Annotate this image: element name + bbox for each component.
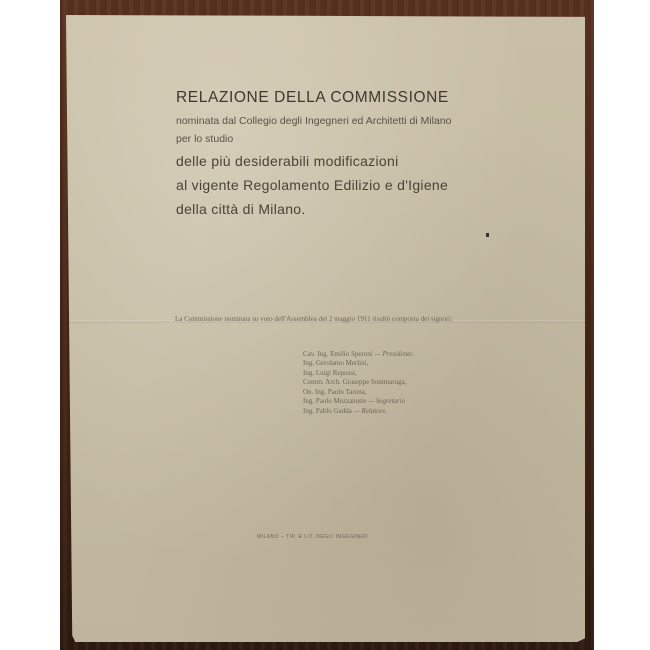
- member-name: Cav. Ing. Emilio Speroni: [303, 350, 373, 358]
- member-role: — Presidente.: [373, 350, 414, 358]
- member-item: Cav. Ing. Emilio Speroni — Presidente.: [303, 350, 503, 359]
- member-item: Comm. Arch. Giuseppe Sommaruga,: [303, 378, 503, 387]
- document-subtitle: nominata dal Collegio degli Ingegneri ed…: [176, 115, 576, 127]
- member-item: On. Ing. Paolo Tarona,: [303, 388, 503, 397]
- photo-stage: RELAZIONE DELLA COMMISSIONE nominata dal…: [0, 0, 650, 650]
- document-subtitle-2: per lo studio: [176, 133, 576, 145]
- member-name: Ing. Luigi Repossi,: [303, 369, 357, 377]
- member-item: Ing. Pablo Gadda — Relatore.: [303, 407, 503, 416]
- title-block: RELAZIONE DELLA COMMISSIONE nominata dal…: [176, 89, 576, 217]
- member-name: Ing. Pablo Gadda: [303, 407, 352, 415]
- subject-line-3: della città di Milano.: [176, 201, 576, 218]
- member-name: On. Ing. Paolo Tarona,: [303, 388, 367, 396]
- member-item: Ing. Gerolamo Merlini,: [303, 359, 503, 368]
- subject-line-2: al vigente Regolamento Edilizio e d'Igie…: [176, 177, 576, 194]
- member-role: — Segretario: [366, 397, 405, 405]
- commission-intro: La Commissione nominata su voto dell'Ass…: [175, 315, 555, 324]
- member-name: Ing. Gerolamo Merlini,: [303, 359, 368, 367]
- member-name: Ing. Paolo Mezzanotte: [303, 397, 366, 405]
- document-page: RELAZIONE DELLA COMMISSIONE nominata dal…: [66, 15, 585, 642]
- member-item: Ing. Paolo Mezzanotte — Segretario: [303, 397, 503, 406]
- document-title: RELAZIONE DELLA COMMISSIONE: [176, 89, 576, 107]
- members-list: Cav. Ing. Emilio Speroni — Presidente. I…: [303, 350, 503, 416]
- ink-speck: [486, 233, 489, 237]
- member-role: — Relatore.: [352, 407, 387, 415]
- subject-line-1: delle più desiderabili modificazioni: [176, 153, 576, 170]
- printer-imprint: MILANO – TIP. E LIT. DEGLI INGEGNERI: [257, 534, 368, 540]
- member-name: Comm. Arch. Giuseppe Sommaruga,: [303, 378, 406, 386]
- member-item: Ing. Luigi Repossi,: [303, 369, 503, 378]
